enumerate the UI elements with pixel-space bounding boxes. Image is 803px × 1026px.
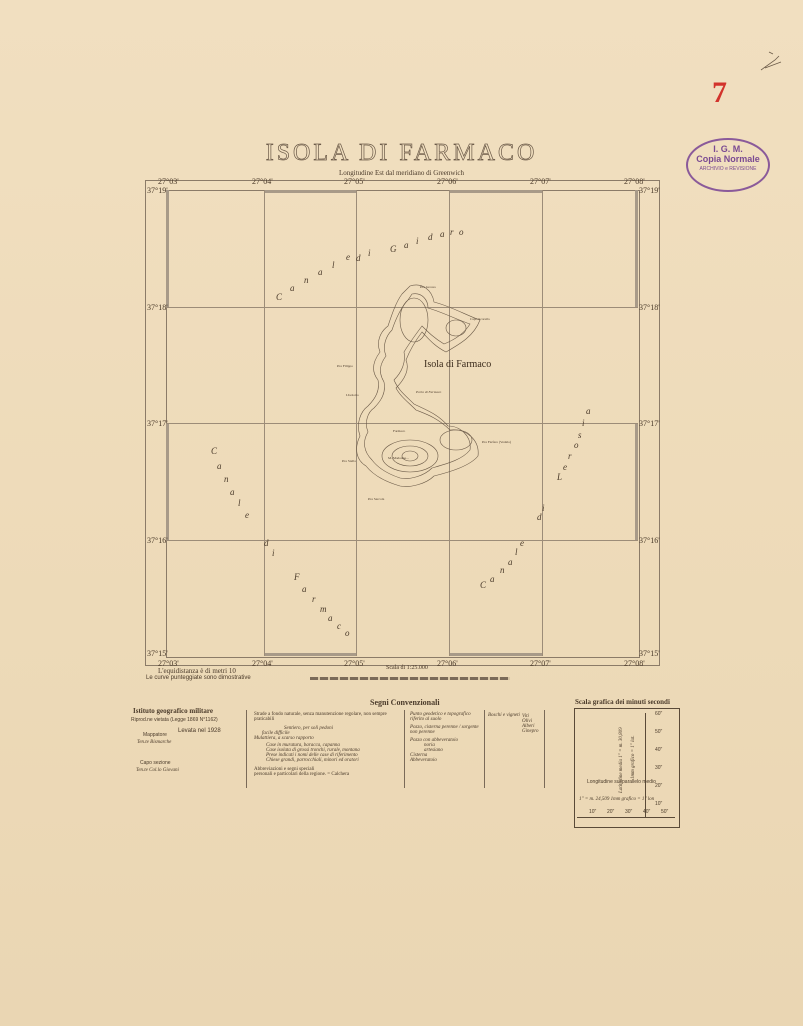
channel-letter: a — [318, 267, 323, 277]
lon-tick: 27°04' — [252, 659, 273, 668]
lon-tick: 27°06' — [437, 659, 458, 668]
lat-tick: 37°19' — [639, 186, 660, 195]
lon-tick: 50" — [661, 809, 668, 815]
place-label: I.Isolotto — [346, 393, 359, 397]
channel-letter: e — [245, 510, 249, 520]
scale-label: Scala di 1:25.000 — [386, 665, 428, 671]
channel-letter: o — [574, 440, 579, 450]
graduation-bar — [635, 190, 638, 307]
survey-year: Levata nel 1928 — [178, 728, 221, 734]
legend-divider — [484, 710, 485, 788]
graduation-bar — [166, 190, 169, 307]
lat-tick: 37°15' — [147, 649, 168, 658]
place-label: P.ta Filippo — [337, 364, 353, 368]
lon-tick: 27°05' — [344, 177, 365, 186]
channel-letter: d — [356, 253, 361, 263]
chief-role: Capo sezione — [140, 760, 171, 766]
channel-letter: a — [230, 487, 235, 497]
channel-letter: a — [328, 613, 333, 623]
graduation-bar — [449, 653, 542, 656]
graphic-scale-box: Latitudine media 1" = m. 30,809 1mm graf… — [574, 708, 680, 828]
lat-tick: 37°17' — [639, 419, 660, 428]
channel-letter: i — [272, 548, 275, 558]
channel-letter: i — [582, 418, 585, 428]
place-label: M. Madonna... — [388, 456, 409, 460]
channel-letter: a — [490, 574, 495, 584]
lon-tick: 27°05' — [344, 659, 365, 668]
place-label: Capo Scorsila — [470, 317, 490, 321]
mapper-role: Mappatore — [143, 732, 167, 738]
stamp-line2: Copia Normale — [688, 154, 768, 164]
lat-tick: 37°15' — [639, 649, 660, 658]
channel-letter: c — [337, 621, 341, 631]
channel-letter: d — [264, 538, 269, 548]
channel-letter: r — [312, 594, 316, 604]
channel-letter: a — [217, 461, 222, 471]
lat-tick: 37°19' — [147, 186, 168, 195]
channel-letter: C — [211, 446, 217, 456]
longitude-header: Longitudine Est dal meridiano di Greenwi… — [0, 169, 803, 177]
lat-tick: 20" — [655, 783, 662, 789]
channel-letter: l — [238, 498, 241, 508]
equidistance-note: L'equidistanza è di metri 10 — [158, 667, 236, 675]
channel-letter: i — [368, 248, 371, 258]
lon-scale-value: 1" = m. 24,509 1mm grafico = 1" lon — [579, 797, 654, 802]
channel-letter: s — [578, 430, 582, 440]
legend-entry: Punto geodetico e topografico riferito a… — [410, 712, 484, 722]
channel-letter: L — [557, 472, 562, 482]
lat-tick: 60" — [655, 711, 662, 717]
lat-tick: 50" — [655, 729, 662, 735]
legend-entry: Strade a fondo naturale, senza manutenzi… — [254, 712, 404, 722]
lat-tick: 37°18' — [639, 303, 660, 312]
lon-tick: 27°04' — [252, 177, 273, 186]
lon-scale-label: Longitudine sul parallelo medio — [587, 779, 656, 785]
stamp-line1: I. G. M. — [688, 144, 768, 154]
legend-entry: personali e particolari della regione. =… — [254, 772, 404, 777]
mapper-name: Ten.te Bismarche — [137, 740, 171, 745]
channel-letter: l — [515, 547, 518, 557]
lon-tick: 20" — [607, 809, 614, 815]
channel-letter: C — [276, 292, 282, 302]
lat-scale-label2: 1mm grafico = 1" lat. — [631, 735, 636, 779]
channel-letter: o — [345, 628, 350, 638]
channel-letter: a — [302, 584, 307, 594]
lon-tick: 27°06' — [437, 177, 458, 186]
reproduction-note: Riprod.ne vietata (Legge 1869 N°1162) — [131, 717, 218, 723]
channel-letter: F — [294, 572, 300, 582]
place-label: P.ta Sarcola — [368, 497, 384, 501]
channel-letter: r — [450, 227, 454, 237]
channel-letter: a — [586, 406, 591, 416]
graduation-bar — [166, 423, 169, 540]
channel-letter: d — [537, 512, 542, 522]
channel-letter: r — [568, 451, 572, 461]
lon-scale-axis — [577, 817, 675, 818]
channel-letter: i — [542, 503, 545, 513]
lat-tick: 37°16' — [639, 536, 660, 545]
map-title: ISOLA DI FARMACO — [0, 140, 803, 167]
legend-entry: Pozzo, cisterna perenne / sorgente non p… — [410, 725, 484, 735]
lon-tick: 30" — [625, 809, 632, 815]
lat-tick: 37°16' — [147, 536, 168, 545]
lon-tick: 27°07' — [530, 659, 551, 668]
igm-stamp: I. G. M. Copia Normale ARCHIVIO e REVISI… — [686, 138, 770, 192]
graduation-bar — [264, 190, 356, 193]
place-label: Farmaco — [393, 429, 405, 433]
lat-tick: 30" — [655, 765, 662, 771]
legend-column-points: Punto geodetico e topografico riferito a… — [410, 712, 484, 763]
channel-letter: l — [332, 260, 335, 270]
channel-letter: e — [520, 538, 524, 548]
legend-entry: Ginepro — [522, 729, 538, 734]
channel-letter: C — [480, 580, 486, 590]
channel-letter: n — [304, 275, 309, 285]
channel-letter: m — [320, 604, 327, 614]
graduation-bar — [449, 190, 542, 193]
channel-letter: i — [416, 236, 419, 246]
dotted-curves-note: Le curve punteggiate sono dimostrative — [146, 675, 251, 681]
lat-tick: 40" — [655, 747, 662, 753]
channel-letter: o — [459, 227, 464, 237]
lon-tick: 27°08' — [624, 659, 645, 668]
lat-tick: 37°17' — [147, 419, 168, 428]
chief-name: Ten.te Col.lo Giovani — [136, 768, 179, 773]
channel-letter: a — [404, 240, 409, 250]
lon-tick: 10" — [589, 809, 596, 815]
lon-tick: 27°03' — [158, 177, 179, 186]
lon-tick: 27°07' — [530, 177, 551, 186]
graduation-bar — [635, 423, 638, 540]
legend-divider — [246, 710, 247, 788]
channel-letter: e — [346, 252, 350, 262]
channel-letter: e — [563, 462, 567, 472]
channel-letter: a — [508, 557, 513, 567]
channel-letter: G — [390, 244, 397, 254]
legend-column-roads: Strade a fondo naturale, senza manutenzi… — [254, 712, 404, 777]
lat-tick: 37°18' — [147, 303, 168, 312]
legend-entry: Abbeveratoio — [410, 758, 484, 763]
lon-tick: 27°08' — [624, 177, 645, 186]
channel-letter: n — [224, 474, 229, 484]
legend-entry: Mulattiera, a scarso rapporto — [254, 736, 404, 741]
scale-bar — [310, 677, 510, 680]
place-label: Porto di Farmaco — [416, 390, 441, 394]
island-name-label: Isola di Farmaco — [424, 359, 491, 370]
channel-letter: a — [290, 283, 295, 293]
sheet-number: 7 — [712, 76, 727, 110]
signature-mark — [755, 48, 785, 78]
legend-title: Segni Convenzionali — [370, 698, 440, 707]
legend-column-vegetation: Viti Olivi Alberi Ginepro — [522, 714, 538, 734]
channel-letter: d — [428, 232, 433, 242]
channel-letter: a — [440, 229, 445, 239]
lat-tick: 10" — [655, 801, 662, 807]
institute-name: Istituto geografico militare — [133, 707, 213, 715]
legend-col3-title: Boschi e vigneti — [488, 713, 520, 718]
legend-divider — [404, 710, 405, 788]
lon-tick: 40" — [643, 809, 650, 815]
legend-divider — [544, 710, 545, 788]
legend-entry: Chiese grandi, parrocchiali, minori ed o… — [254, 758, 404, 763]
place-label: P.ta Grossa — [420, 285, 436, 289]
parallel-line — [166, 540, 638, 541]
place-label: P.ta Stella — [342, 459, 356, 463]
place-label: P.ta Farfaro (Vedalo) — [482, 440, 511, 444]
graduation-bar — [264, 653, 356, 656]
graphic-scale-title: Scala grafica dei minuti secondi — [575, 698, 670, 706]
channel-letter: n — [500, 565, 505, 575]
